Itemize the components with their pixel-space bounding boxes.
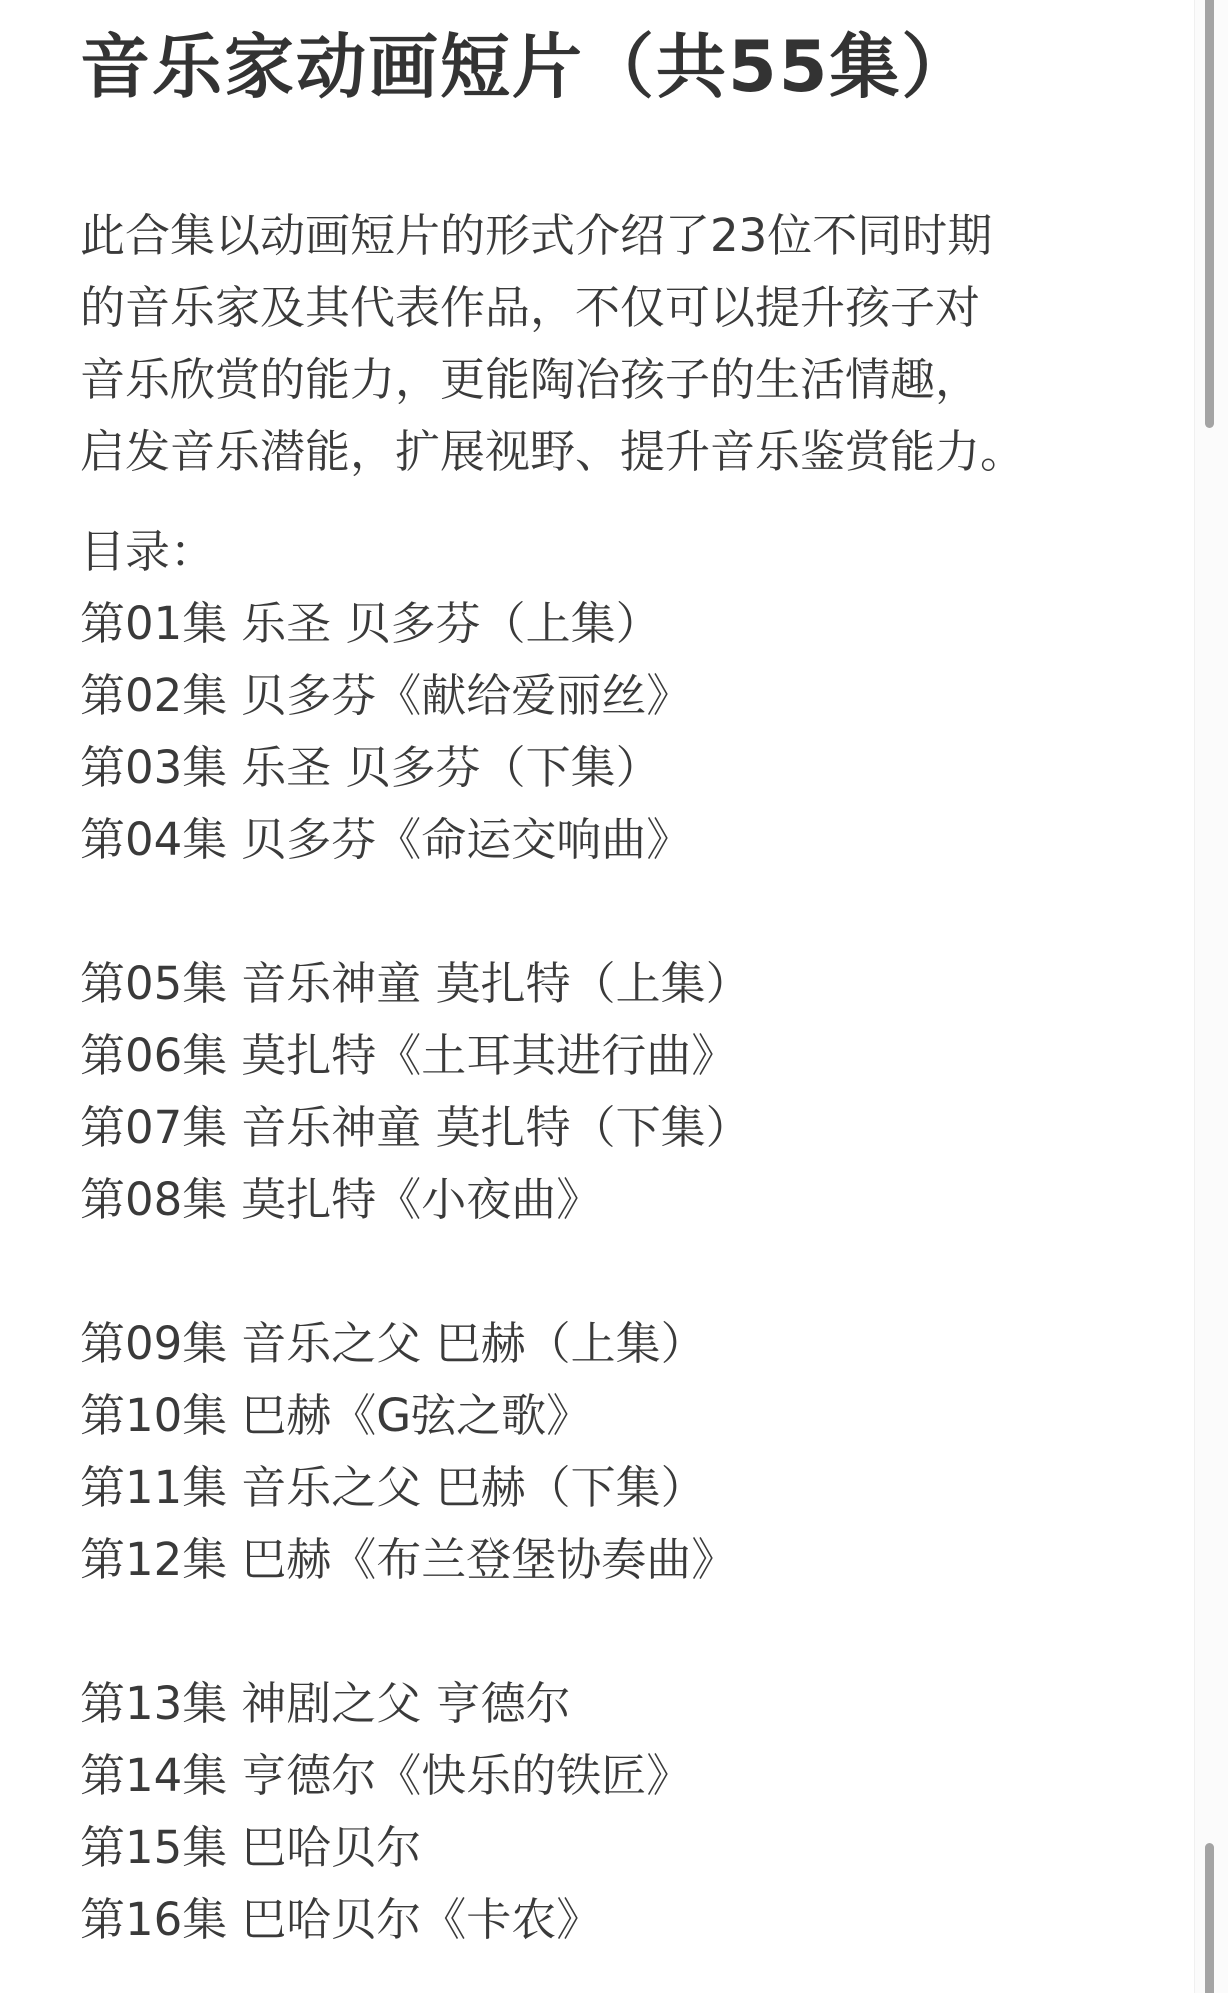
vertical-scrollbar[interactable] bbox=[1194, 0, 1228, 1993]
episode-number: 第03集 bbox=[80, 741, 227, 794]
episode-item: 第09集音乐之父 巴赫（上集） bbox=[80, 1308, 736, 1380]
episode-number: 第12集 bbox=[80, 1533, 227, 1586]
episode-title: 亨德尔《快乐的铁匠》 bbox=[241, 1749, 691, 1802]
intro-line: 音乐欣赏的能力，更能陶冶孩子的生活情趣， bbox=[80, 344, 1160, 416]
episode-number: 第10集 bbox=[80, 1389, 227, 1442]
episode-title: 音乐神童 莫扎特（上集） bbox=[241, 957, 750, 1010]
episode-number: 第02集 bbox=[80, 669, 227, 722]
episode-item: 第11集音乐之父 巴赫（下集） bbox=[80, 1452, 736, 1524]
episode-number: 第15集 bbox=[80, 1821, 227, 1874]
episode-number: 第16集 bbox=[80, 1893, 227, 1946]
episode-number: 第04集 bbox=[80, 813, 227, 866]
episode-item: 第14集亨德尔《快乐的铁匠》 bbox=[80, 1740, 691, 1812]
scrollbar-thumb-lower[interactable] bbox=[1205, 1843, 1214, 1993]
episode-number: 第06集 bbox=[80, 1029, 227, 1082]
intro-line: 启发音乐潜能，扩展视野、提升音乐鉴赏能力。 bbox=[80, 416, 1160, 488]
episode-number: 第13集 bbox=[80, 1677, 227, 1730]
scrollbar-thumb-upper[interactable] bbox=[1205, 0, 1214, 428]
episode-title: 音乐神童 莫扎特（下集） bbox=[241, 1101, 750, 1154]
intro-line: 此合集以动画短片的形式介绍了23位不同时期 bbox=[80, 200, 1160, 272]
page-title: 音乐家动画短片（共55集） bbox=[80, 22, 973, 112]
episode-item: 第16集巴哈贝尔《卡农》 bbox=[80, 1884, 691, 1956]
intro-paragraph: 此合集以动画短片的形式介绍了23位不同时期 的音乐家及其代表作品，不仅可以提升孩… bbox=[80, 200, 1160, 488]
episode-item: 第01集乐圣 贝多芬（上集） bbox=[80, 588, 691, 660]
episode-item: 第07集音乐神童 莫扎特（下集） bbox=[80, 1092, 751, 1164]
episode-title: 贝多芬《命运交响曲》 bbox=[241, 813, 691, 866]
episode-title: 巴哈贝尔《卡农》 bbox=[241, 1893, 601, 1946]
episode-title: 巴赫《布兰登堡协奏曲》 bbox=[241, 1533, 736, 1586]
document-page: 音乐家动画短片（共55集） 此合集以动画短片的形式介绍了23位不同时期 的音乐家… bbox=[0, 0, 1195, 1993]
episode-title: 巴赫《G弦之歌》 bbox=[241, 1389, 591, 1442]
episode-number: 第01集 bbox=[80, 597, 227, 650]
episode-item: 第15集巴哈贝尔 bbox=[80, 1812, 691, 1884]
toc-label: 目录： bbox=[80, 516, 215, 588]
episode-title: 莫扎特《小夜曲》 bbox=[241, 1173, 601, 1226]
episode-title: 神剧之父 亨德尔 bbox=[241, 1677, 570, 1730]
episode-number: 第07集 bbox=[80, 1101, 227, 1154]
episode-item: 第12集巴赫《布兰登堡协奏曲》 bbox=[80, 1524, 736, 1596]
intro-line: 的音乐家及其代表作品，不仅可以提升孩子对 bbox=[80, 272, 1160, 344]
episode-item: 第03集乐圣 贝多芬（下集） bbox=[80, 732, 691, 804]
episode-title: 乐圣 贝多芬（下集） bbox=[241, 741, 660, 794]
episode-group-handel-pachelbel: 第13集神剧之父 亨德尔 第14集亨德尔《快乐的铁匠》 第15集巴哈贝尔 第16… bbox=[80, 1668, 691, 1956]
episode-group-mozart: 第05集音乐神童 莫扎特（上集） 第06集莫扎特《土耳其进行曲》 第07集音乐神… bbox=[80, 948, 751, 1236]
episode-title: 贝多芬《献给爱丽丝》 bbox=[241, 669, 691, 722]
episode-number: 第08集 bbox=[80, 1173, 227, 1226]
episode-item: 第06集莫扎特《土耳其进行曲》 bbox=[80, 1020, 751, 1092]
episode-number: 第14集 bbox=[80, 1749, 227, 1802]
episode-number: 第05集 bbox=[80, 957, 227, 1010]
episode-group-bach: 第09集音乐之父 巴赫（上集） 第10集巴赫《G弦之歌》 第11集音乐之父 巴赫… bbox=[80, 1308, 736, 1596]
episode-item: 第08集莫扎特《小夜曲》 bbox=[80, 1164, 751, 1236]
episode-title: 乐圣 贝多芬（上集） bbox=[241, 597, 660, 650]
episode-number: 第09集 bbox=[80, 1317, 227, 1370]
episode-title: 莫扎特《土耳其进行曲》 bbox=[241, 1029, 736, 1082]
episode-item: 第04集贝多芬《命运交响曲》 bbox=[80, 804, 691, 876]
episode-title: 音乐之父 巴赫（下集） bbox=[241, 1461, 705, 1514]
episode-group-beethoven: 第01集乐圣 贝多芬（上集） 第02集贝多芬《献给爱丽丝》 第03集乐圣 贝多芬… bbox=[80, 588, 691, 876]
episode-title: 巴哈贝尔 bbox=[241, 1821, 421, 1874]
episode-title: 音乐之父 巴赫（上集） bbox=[241, 1317, 705, 1370]
episode-item: 第13集神剧之父 亨德尔 bbox=[80, 1668, 691, 1740]
episode-item: 第02集贝多芬《献给爱丽丝》 bbox=[80, 660, 691, 732]
episode-number: 第11集 bbox=[80, 1461, 227, 1514]
episode-item: 第10集巴赫《G弦之歌》 bbox=[80, 1380, 736, 1452]
episode-item: 第05集音乐神童 莫扎特（上集） bbox=[80, 948, 751, 1020]
